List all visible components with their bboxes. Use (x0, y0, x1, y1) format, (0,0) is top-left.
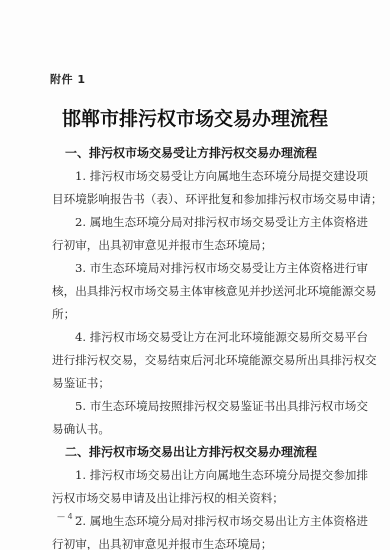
paragraph-line: 核，出具排污权市场交易主体审核意见并抄送河北环境能源交易 (52, 280, 342, 303)
paragraph-line: 易确认书。 (52, 418, 342, 441)
paragraph-line: 3. 市生态环境局对排污权市场交易受让方主体资格进行审 (52, 257, 342, 280)
paragraph-line: 进行排污权交易，交易结束后河北环境能源交易所出具排污权交 (52, 349, 342, 372)
document-body: 一、排污权市场交易受让方排污权交易办理流程 1. 排污权市场交易受让方向属地生态… (52, 142, 342, 550)
paragraph-line: 2. 属地生态环境分局对排污权市场交易出让方主体资格进 (52, 510, 342, 533)
paragraph-line: 污权市场交易申请及出让排污权的相关资料； (52, 487, 342, 510)
section-heading: 一、排污权市场交易受让方排污权交易办理流程 (52, 142, 342, 165)
paragraph-line: 2. 属地生态环境分局对排污权市场交易受让方主体资格进 (52, 211, 342, 234)
paragraph-line: 目环境影响报告书（表）、环评批复和参加排污权市场交易申请； (52, 188, 342, 211)
paragraph-line: 所； (52, 303, 342, 326)
paragraph-line: 行初审，出具初审意见并报市生态环境局； (52, 533, 342, 550)
attachment-label: 附件 1 (50, 71, 85, 87)
paragraph-line: 易鉴证书； (52, 372, 342, 395)
document-page: 附件 1 邯郸市排污权市场交易办理流程 一、排污权市场交易受让方排污权交易办理流… (0, 0, 390, 550)
section-heading: 二、排污权市场交易出让方排污权交易办理流程 (52, 441, 342, 464)
document-title: 邯郸市排污权市场交易办理流程 (0, 104, 390, 131)
paragraph-line: 5. 市生态环境局按照排污权交易鉴证书出具排污权市场交 (52, 395, 342, 418)
paragraph-line: 行初审，出具初审意见并报市生态环境局； (52, 234, 342, 257)
paragraph-line: 1. 排污权市场交易受让方向属地生态环境分局提交建设项 (52, 165, 342, 188)
page-number: — 4 — (57, 512, 83, 521)
paragraph-line: 1. 排污权市场交易出让方向属地生态环境分局提交参加排 (52, 464, 342, 487)
paragraph-line: 4. 排污权市场交易受让方在河北环境能源交易所交易平台 (52, 326, 342, 349)
